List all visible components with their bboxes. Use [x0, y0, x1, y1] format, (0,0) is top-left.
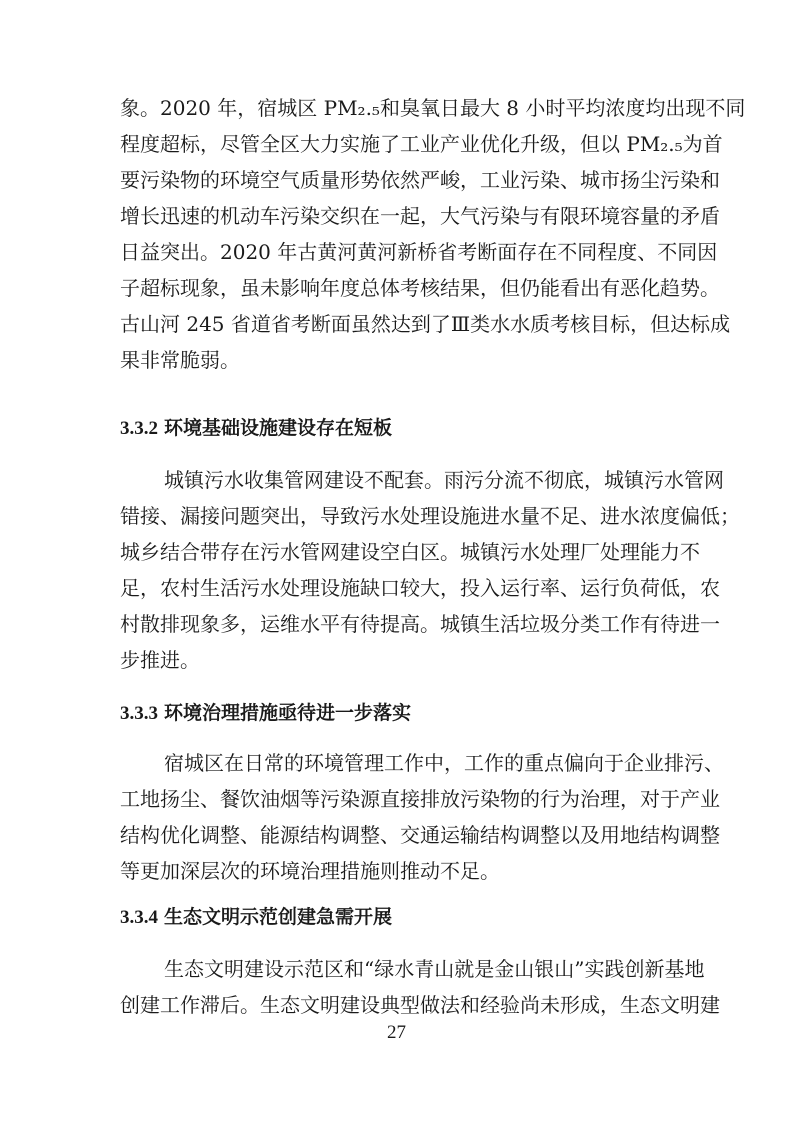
text-line: 足，农村生活污水处理设施缺口较大，投入运行率、运行负荷低，农	[120, 570, 673, 606]
section-number: 3.3.2	[120, 418, 158, 439]
text-line: 程度超标，尽管全区大力实施了工业产业优化升级，但以 PM₂.₅为首	[120, 126, 673, 162]
section-title: 生态文明示范创建急需开展	[164, 906, 392, 928]
page-number: 27	[0, 1022, 793, 1044]
text-line: 宿城区在日常的环境管理工作中，工作的重点偏向于企业排污、	[120, 745, 673, 781]
text-line: 城镇污水收集管网建设不配套。雨污分流不彻底，城镇污水管网	[120, 462, 673, 498]
document-page: 象。2020 年，宿城区 PM₂.₅和臭氧日最大 8 小时平均浓度均出现不同 程…	[0, 0, 793, 1122]
section-number: 3.3.3	[120, 703, 158, 724]
section-number: 3.3.4	[120, 907, 158, 928]
text-line: 日益突出。2020 年古黄河黄河新桥省考断面存在不同程度、不同因	[120, 234, 673, 270]
section-heading-3-3-3: 3.3.3环境治理措施亟待进一步落实	[120, 695, 411, 731]
text-line: 结构优化调整、能源结构调整、交通运输结构调整以及用地结构调整	[120, 817, 673, 853]
text-line: 果非常脆弱。	[120, 342, 673, 378]
text-line: 村散排现象多，运维水平有待提高。城镇生活垃圾分类工作有待进一	[120, 606, 673, 642]
text-line: 等更加深层次的环境治理措施则推动不足。	[120, 853, 673, 889]
text-line: 象。2020 年，宿城区 PM₂.₅和臭氧日最大 8 小时平均浓度均出现不同	[120, 90, 673, 126]
text-line: 城乡结合带存在污水管网建设空白区。城镇污水处理厂处理能力不	[120, 534, 673, 570]
text-line: 生态文明建设示范区和“绿水青山就是金山银山”实践创新基地	[120, 951, 673, 987]
section-heading-3-3-2: 3.3.2环境基础设施建设存在短板	[120, 410, 392, 446]
section-heading-3-3-4: 3.3.4生态文明示范创建急需开展	[120, 899, 392, 935]
section-title: 环境治理措施亟待进一步落实	[164, 702, 411, 724]
text-line: 错接、漏接问题突出，导致污水处理设施进水量不足、进水浓度偏低；	[120, 498, 673, 534]
text-line: 工地扬尘、餐饮油烟等污染源直接排放污染物的行为治理，对于产业	[120, 781, 673, 817]
text-line: 子超标现象，虽未影响年度总体考核结果，但仍能看出有恶化趋势。	[120, 270, 673, 306]
text-line: 步推进。	[120, 642, 673, 678]
text-line: 创建工作滞后。生态文明建设典型做法和经验尚未形成，生态文明建	[120, 987, 673, 1023]
text-line: 增长迅速的机动车污染交织在一起，大气污染与有限环境容量的矛盾	[120, 198, 673, 234]
text-line: 古山河 245 省道省考断面虽然达到了Ⅲ类水水质考核目标，但达标成	[120, 306, 673, 342]
section-title: 环境基础设施建设存在短板	[164, 417, 392, 439]
text-line: 要污染物的环境空气质量形势依然严峻，工业污染、城市扬尘污染和	[120, 162, 673, 198]
